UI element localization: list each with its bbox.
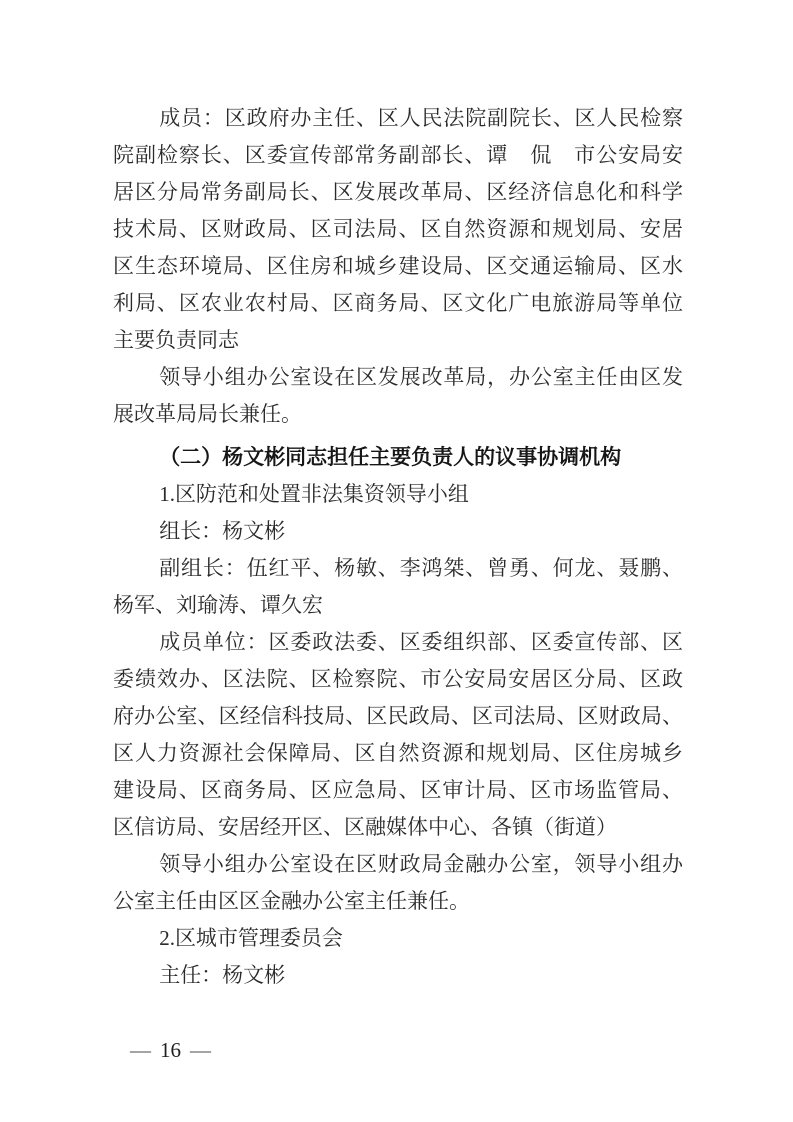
footer-dash-left: —	[130, 1038, 151, 1063]
text-line: 主任：杨文彬	[113, 957, 683, 994]
text-line: 居区分局常务副局长、区发展改革局、区经济信息化和科学	[113, 174, 683, 211]
list-item-heading: 2.区城市管理委员会	[113, 920, 683, 957]
section-heading: （二）杨文彬同志担任主要负责人的议事协调机构	[113, 439, 683, 476]
text-line: 展改革局局长兼任。	[113, 396, 683, 433]
text-line: 杨军、刘瑜涛、谭久宏	[113, 587, 683, 624]
text-line: 成员：区政府办主任、区人民法院副院长、区人民检察	[113, 100, 683, 137]
text-line: 副组长：伍红平、杨敏、李鸿桀、曾勇、何龙、聂鹏、	[113, 550, 683, 587]
text-line: 成员单位：区委政法委、区委组织部、区委宣传部、区	[113, 624, 683, 661]
text-line: 利局、区农业农村局、区商务局、区文化广电旅游局等单位	[113, 285, 683, 322]
document-body: 成员：区政府办主任、区人民法院副院长、区人民检察 院副检察长、区委宣传部常务副部…	[113, 100, 683, 994]
text-line: 区人力资源社会保障局、区自然资源和规划局、区住房城乡	[113, 735, 683, 772]
page-footer: — 16 —	[130, 1038, 211, 1063]
text-line: 公室主任由区区金融办公室主任兼任。	[113, 883, 683, 920]
text-line: 区生态环境局、区住房和城乡建设局、区交通运输局、区水	[113, 248, 683, 285]
text-line: 技术局、区财政局、区司法局、区自然资源和规划局、安居	[113, 211, 683, 248]
text-line: 领导小组办公室设在区发展改革局，办公室主任由区发	[113, 359, 683, 396]
list-item-heading: 1.区防范和处置非法集资领导小组	[113, 476, 683, 513]
page-number: 16	[160, 1038, 181, 1063]
text-line: 区信访局、安居经开区、区融媒体中心、各镇（街道）	[113, 809, 683, 846]
text-line: 委绩效办、区法院、区检察院、市公安局安居区分局、区政	[113, 661, 683, 698]
text-line: 府办公室、区经信科技局、区民政局、区司法局、区财政局、	[113, 698, 683, 735]
text-line: 院副检察长、区委宣传部常务副部长、谭 侃 市公安局安	[113, 137, 683, 174]
text-line: 建设局、区商务局、区应急局、区审计局、区市场监管局、	[113, 772, 683, 809]
text-line: 组长：杨文彬	[113, 513, 683, 550]
text-line: 主要负责同志	[113, 322, 683, 359]
text-line: 领导小组办公室设在区财政局金融办公室，领导小组办	[113, 846, 683, 883]
footer-dash-right: —	[190, 1038, 211, 1063]
document-page: 成员：区政府办主任、区人民法院副院长、区人民检察 院副检察长、区委宣传部常务副部…	[0, 0, 793, 1122]
